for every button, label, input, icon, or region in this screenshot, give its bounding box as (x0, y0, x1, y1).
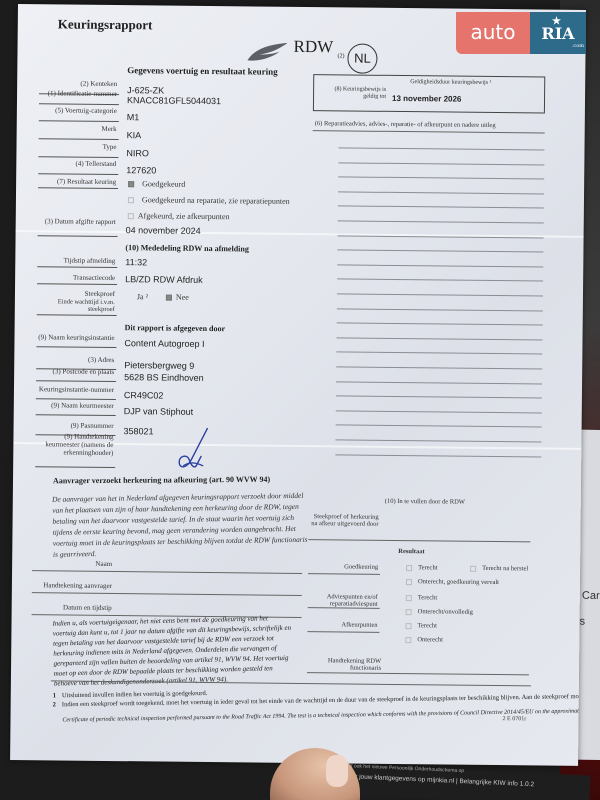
rdw-result-heading: Resultaat (398, 548, 424, 555)
field-label: (2) Kenteken (39, 80, 117, 88)
rdw-row-label: Adviespunten en/of reparatiadviespunt (308, 593, 378, 608)
issuer-value: Content Autogroep I (124, 338, 204, 349)
watermark-ria: ★ RIA .com (530, 12, 586, 54)
rdw-option-label: Terecht (417, 622, 436, 629)
rdw-wing-logo-icon (245, 40, 289, 62)
background-partial-letter: s (579, 616, 585, 628)
field-underline (32, 592, 302, 596)
notice-fields: Tijdstip afmelding11:32TransactiecodeLB/… (18, 4, 586, 10)
field-underline (37, 283, 117, 285)
repair-line (338, 162, 544, 165)
result-checkbox (128, 181, 134, 187)
rdw-option-checkbox (405, 623, 411, 629)
rdw-section-heading: (10) In te vullen door de RDW (385, 498, 465, 506)
inspector-signature-icon (173, 426, 214, 474)
field-underline (37, 266, 117, 268)
rdw-option-label: Terecht (418, 564, 437, 571)
footnotes: 1Uitsluitend invullen indien het voertui… (18, 4, 586, 10)
herkeuring-paragraph: De aanvrager van het in Nederland afgege… (52, 490, 309, 560)
thumb-nail (326, 755, 348, 787)
herkeuring-label: Datum en tijdstip (42, 604, 112, 612)
footnote-number: 2 (53, 701, 56, 708)
issuer-value: DJP van Stiphout (124, 406, 193, 417)
field-underline (37, 314, 117, 316)
rdw-option-label: Onterecht, goedkeuring vervalt (418, 578, 499, 586)
rdw-option-checkbox (406, 579, 412, 585)
notice-value: 11:32 (125, 257, 147, 267)
field-underline (36, 414, 116, 416)
issue-date-label: (3) Datum afgifte rapport (38, 218, 116, 226)
herkeuring-fields: NaamHandtekening aanvragerDatum en tijds… (18, 4, 586, 10)
herkeuring-heading: Aanvrager verzoekt herkeuring na afkeuri… (53, 475, 270, 486)
issuer-heading: Dit rapport is afgegeven door (125, 323, 226, 333)
country-badge: NL (347, 43, 377, 73)
rdw-option-checkbox (405, 637, 411, 643)
repair-line (337, 323, 543, 326)
footnote-text: Uitsluitend invullen indien het voertuig… (62, 690, 207, 699)
field-value: NIRO (126, 148, 149, 158)
field-underline (307, 672, 529, 675)
field-underline (313, 130, 545, 133)
issuer-label: (3) Adres (36, 356, 114, 364)
rdw-notice-heading: (10) Mededeling RDW na afmelding (125, 243, 248, 253)
result-option-label: Goedgekeurd na reparatie, zie reparatiep… (142, 195, 290, 206)
result-option-label: Afgekeurd, zie afkeurpunten (138, 211, 230, 221)
field-underline (39, 120, 119, 122)
field-label: (5) Voertuig-categorie (39, 107, 117, 115)
notice-label: Tijdstip afmelding (37, 257, 115, 265)
autoria-watermark: auto ★ RIA .com (456, 12, 586, 54)
field-underline (38, 187, 118, 189)
star-icon: ★ (552, 12, 561, 44)
repair-line (339, 147, 545, 150)
field-label: (1) Identificatie-nummer (39, 90, 117, 98)
field-underline (36, 380, 116, 382)
rdw-row-label: Goedkeuring (308, 563, 378, 571)
rdw-option-checkbox (470, 566, 476, 572)
notice-label: Transactiecode (37, 274, 115, 282)
validity-title: Geldigheidsduur keuringsbewijs ¹ (410, 79, 491, 86)
field-value: M1 (127, 112, 140, 122)
steekproef-no: Nee (176, 293, 189, 302)
repair-line (336, 366, 542, 369)
issuer-label: (9) Naam keuringsinstantie (36, 334, 114, 342)
issuer-value: Pietersbergweg 9 (124, 360, 194, 371)
field-underline (308, 539, 530, 542)
repair-line (336, 425, 542, 428)
repair-line (338, 191, 544, 194)
validity-box: Geldigheidsduur keuringsbewijs ¹ (8) Keu… (313, 74, 545, 113)
result-label: (7) Resultaat keuring (38, 178, 116, 186)
field-value: KNACC81GFL5044031 (127, 95, 221, 106)
repair-line (335, 439, 541, 442)
validity-label: (8) Keuringsbewijs is geldig tot (326, 86, 386, 101)
signature-label: (9) Handtekening keurmeester (namens de … (35, 432, 113, 457)
country-ref: (2) (337, 53, 344, 59)
field-underline (307, 631, 379, 633)
issuer-fields: (9) Naam keuringsinstantieContent Autogr… (18, 4, 586, 10)
rdw-row-label: Afkeurpunten (307, 621, 377, 629)
repair-line (336, 352, 542, 355)
result-checkbox (128, 213, 134, 219)
issue-date-value: 04 november 2024 (126, 225, 201, 236)
rdw-option-checkbox (406, 609, 412, 615)
document-title: Keuringsrapport (58, 16, 153, 33)
field-underline (39, 138, 119, 140)
repair-line (335, 454, 541, 457)
field-underline (36, 346, 116, 348)
footnote-number: 1 (53, 692, 56, 699)
field-underline (38, 173, 118, 175)
background-partial-text: Care (582, 590, 600, 602)
rdw-result-rows: GoedkeuringTerechtTerecht na herstelOnte… (18, 4, 586, 10)
field-label: (4) Tellerstand (38, 160, 116, 168)
herkeuring-label: Naam (42, 560, 112, 568)
field-value: J-625-ZK (127, 85, 164, 95)
issuer-label: (3) Postcode en plaats (36, 368, 114, 376)
repair-line (337, 279, 543, 282)
field-underline (38, 235, 118, 237)
repair-line (337, 337, 543, 340)
strip-text: Corrigeer jouw klantgegevens op mijnkia.… (330, 772, 534, 788)
rdw-steekproef-label: Steekproef of herkeuring na afkeur uitge… (309, 513, 379, 528)
issuer-label: (9) Naam keurmeester (36, 402, 114, 410)
field-underline (35, 466, 115, 468)
repair-line (336, 396, 542, 399)
form-code: 2 E 0701r (503, 716, 527, 722)
rdw-option-label: Onterecht (417, 636, 443, 643)
field-value: 127620 (126, 165, 156, 175)
field-underline (39, 103, 119, 105)
rdw-option-checkbox (406, 565, 412, 571)
steekproef-sub-label: Einde wachttijd i.v.m. steekproef (37, 298, 115, 313)
issuer-label: Keuringsinstantie-nummer (36, 386, 114, 394)
repair-line (336, 410, 542, 413)
field-underline (32, 570, 302, 574)
steekproef-no-checkbox (166, 295, 172, 301)
herkeuring-label: Handtekening aanvrager (42, 582, 112, 590)
repair-lines (18, 4, 586, 10)
watermark-auto: auto (456, 12, 530, 54)
owner-paragraph: Indien u, als voertuigeigenaar, het niet… (52, 613, 294, 689)
rdw-option-label: Terecht (418, 594, 437, 601)
result-checkbox (128, 197, 134, 203)
watermark-suffix: .com (572, 24, 584, 54)
footnote: 1Uitsluitend invullen indien het voertui… (53, 690, 208, 699)
vehicle-fields: (2) KentekenJ-625-ZK(1) Identificatie-nu… (18, 4, 586, 10)
field-label: Type (38, 143, 116, 151)
issuer-value: CR49C02 (124, 390, 164, 400)
field-underline (308, 607, 380, 609)
inspection-report: Keuringsrapport RDW (2) NL Gegevens voer… (10, 4, 586, 766)
repair-line (338, 177, 544, 180)
rdw-option-label: Terecht na herstel (482, 565, 528, 572)
background-brochure-strip: ...u kunt ook het nieuwe Persoonlijk Ond… (329, 764, 590, 800)
repair-line (338, 220, 544, 223)
validity-value: 13 november 2026 (392, 94, 461, 104)
issuer-value: 358021 (123, 426, 153, 436)
vehicle-section-heading: Gegevens voertuig en resultaat keuring (127, 65, 277, 77)
repair-line (336, 381, 542, 384)
rdw-option-label: Onterecht/onvolledig (418, 608, 473, 616)
field-label: Merk (39, 125, 117, 133)
repair-line (338, 206, 544, 209)
steekproef-yes: Ja ² (137, 292, 148, 301)
steekproef-label: Steekproef (37, 290, 115, 298)
rdw-option-checkbox (406, 595, 412, 601)
rdw-signature-label: Handtekening RDW functionaris (311, 657, 381, 672)
notice-value: LB/ZD RDW Afdruk (125, 274, 203, 285)
result-option-label: Goedgekeurd (142, 179, 185, 188)
field-value: KIA (127, 130, 142, 140)
field-underline (38, 156, 118, 158)
field-underline (308, 573, 380, 575)
result-options: GoedgekeurdGoedgekeurd na reparatie, zie… (18, 4, 586, 10)
repairs-heading: (6) Reparatieadvies, advies-, reparatie-… (315, 120, 496, 129)
issuer-value: 5628 BS Eindhoven (124, 372, 204, 383)
field-underline (36, 398, 116, 400)
repair-line (337, 308, 543, 311)
repair-line (337, 264, 543, 267)
repair-line (337, 250, 543, 253)
rdw-brand: RDW (293, 37, 333, 57)
repair-line (337, 293, 543, 296)
issuer-label: (9) Pasnummer (36, 422, 114, 430)
